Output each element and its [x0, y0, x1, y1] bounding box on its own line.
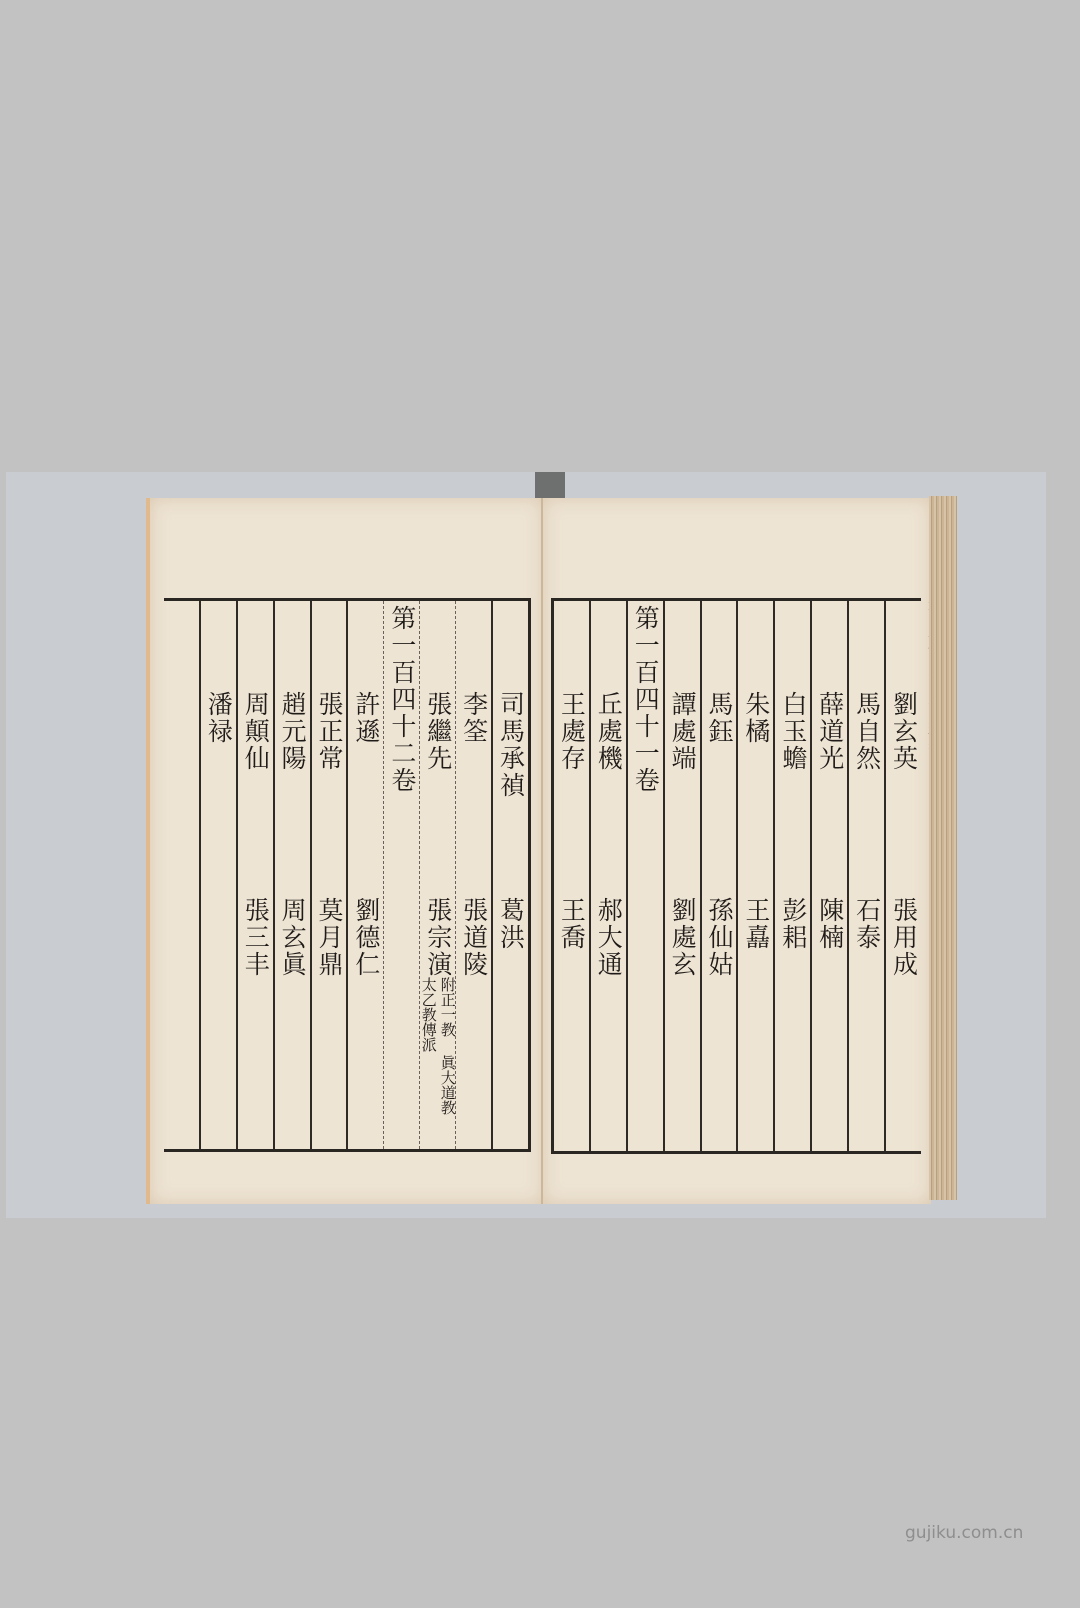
text-column: 趙元陽 周玄眞: [273, 601, 310, 1149]
text-column: 張正常 莫月鼎: [310, 601, 347, 1149]
text-column: 張繼先 張宗演 附正一教 眞大道教 太乙教傳派: [419, 601, 455, 1149]
text-column: [164, 601, 199, 1149]
watermark: gujiku.com.cn: [905, 1523, 1023, 1543]
name-entry: 劉玄英: [889, 691, 919, 772]
text-column: 周顛仙 張三丰: [236, 601, 273, 1149]
name-entry: 周顛仙: [240, 691, 270, 772]
text-column: 白玉蟾 彭耜: [773, 601, 810, 1151]
right-page: 聖賢像賛 古經卷 劉玄英 張用成 馬自然 石泰 薛道光 陳楠 白玉蟾 彭耜 朱橘…: [541, 498, 931, 1204]
chapter-column: 第一百四十二卷: [383, 601, 419, 1149]
text-column: 薛道光 陳楠: [810, 601, 847, 1151]
left-page-columns: 司馬承禎 葛洪 李筌 張道陵 張繼先 張宗演 附正一教 眞大道教 太乙教傳派 第…: [164, 601, 528, 1149]
name-entry: 潘䘵: [203, 691, 233, 745]
name-entry: 張三丰: [240, 897, 270, 978]
name-entry: 趙元陽: [277, 691, 307, 772]
name-entry: 薛道光: [815, 691, 845, 772]
name-entry: 丘處機: [593, 691, 623, 772]
text-column: 潘䘵: [199, 601, 236, 1149]
name-entry: 彭耜: [778, 897, 808, 951]
name-entry: 張道陵: [459, 897, 489, 978]
name-entry: 張宗演: [423, 897, 453, 978]
chapter-heading: 第一百四十一卷: [630, 605, 660, 794]
text-column: 馬自然 石泰: [847, 601, 884, 1151]
text-column: 譚處端 劉處玄: [663, 601, 700, 1151]
name-entry: 許遜: [351, 691, 381, 745]
text-column: 司馬承禎 葛洪: [491, 601, 528, 1149]
name-entry: 張繼先: [423, 691, 453, 772]
name-entry: 郝大通: [593, 897, 623, 978]
left-page-frame: 司馬承禎 葛洪 李筌 張道陵 張繼先 張宗演 附正一教 眞大道教 太乙教傳派 第…: [164, 598, 531, 1152]
chapter-column: 第一百四十一卷: [626, 601, 663, 1151]
name-entry: 馬鈺: [704, 691, 734, 745]
name-entry: 陳楠: [815, 897, 845, 951]
text-column: 劉玄英 張用成: [884, 601, 921, 1151]
annotation-note: 附正一教 眞大道教 太乙教傳派: [420, 977, 456, 1115]
note-line: 太乙教傳派: [420, 977, 437, 1115]
name-entry: 王喬: [556, 897, 586, 951]
name-entry: 葛洪: [496, 897, 526, 951]
name-entry: 朱橘: [741, 691, 771, 745]
name-entry: 張正常: [314, 691, 344, 772]
text-column: 馬鈺 孫仙姑: [700, 601, 737, 1151]
name-entry: 李筌: [459, 691, 489, 745]
name-entry: 王嚞: [741, 897, 771, 951]
text-column: 李筌 張道陵: [455, 601, 491, 1149]
name-entry: 譚處端: [667, 691, 697, 772]
note-line: 附正一教 眞大道教: [439, 977, 456, 1115]
name-entry: 司馬承禎: [496, 691, 526, 799]
chapter-heading: 第一百四十二卷: [387, 605, 417, 794]
name-entry: 劉德仁: [351, 897, 381, 978]
left-page: 司馬承禎 葛洪 李筌 張道陵 張繼先 張宗演 附正一教 眞大道教 太乙教傳派 第…: [146, 498, 545, 1204]
right-page-columns: 劉玄英 張用成 馬自然 石泰 薛道光 陳楠 白玉蟾 彭耜 朱橘 王嚞 馬鈺 孫仙…: [554, 601, 921, 1151]
name-entry: 白玉蟾: [778, 691, 808, 772]
name-entry: 莫月鼎: [314, 897, 344, 978]
page-stack-edge: [929, 496, 957, 1200]
name-entry: 張用成: [889, 897, 919, 978]
text-column: 王處存 王喬: [554, 601, 589, 1151]
name-entry: 孫仙姑: [704, 897, 734, 978]
text-column: 許遜 劉德仁: [346, 601, 383, 1149]
text-column: 丘處機 郝大通: [589, 601, 626, 1151]
name-entry: 周玄眞: [277, 897, 307, 978]
name-entry: 劉處玄: [667, 897, 697, 978]
right-page-frame: 聖賢像賛 古經卷 劉玄英 張用成 馬自然 石泰 薛道光 陳楠 白玉蟾 彭耜 朱橘…: [551, 598, 921, 1154]
name-entry: 王處存: [556, 691, 586, 772]
name-entry: 石泰: [852, 897, 882, 951]
name-entry: 馬自然: [852, 691, 882, 772]
text-column: 朱橘 王嚞: [736, 601, 773, 1151]
